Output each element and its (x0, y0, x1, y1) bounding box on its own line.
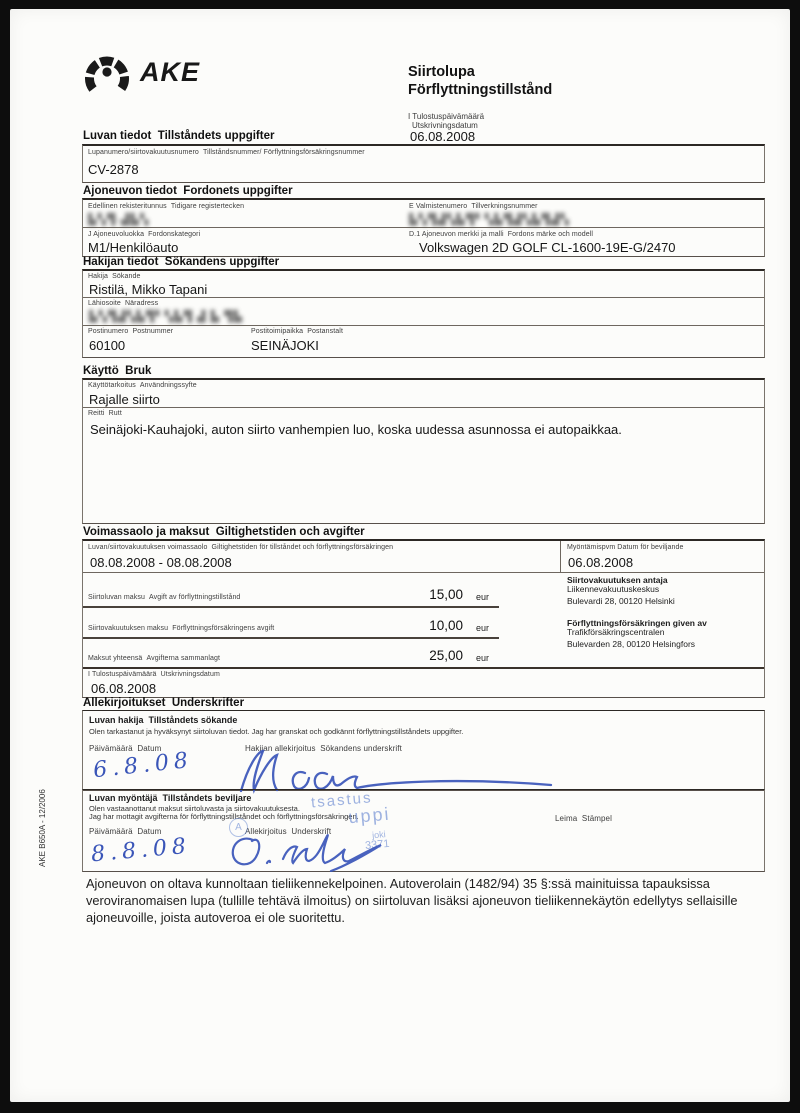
city-value: SEINÄJOKI (251, 338, 319, 353)
permit-box: Lupanumero/siirtovakuutusnumero Tillstån… (82, 144, 765, 183)
fee-row-label: Siirtovakuutuksen maksu Förflyttningsför… (88, 625, 274, 632)
scanned-document: { "header": { "logo": "AKE", "title_line… (0, 0, 800, 1113)
section-title-permit: Luvan tiedot Tillståndets uppgifter (83, 130, 274, 142)
period-value: 08.08.2008 - 08.08.2008 (90, 555, 232, 570)
route-label: Reitti Rutt (88, 410, 122, 417)
applicant-signature-ink (231, 747, 561, 795)
fee-row-currency: eur (476, 623, 489, 633)
vehicle-make-value: Volkswagen 2D GOLF CL-1600-19E-G/2470 (419, 240, 676, 255)
validity-row-divider (83, 572, 764, 573)
vin-value-redacted: ▙▚▜▟▚▙▜▘▚▙▜▟▚▙▜▟▚ (409, 213, 570, 226)
fee-row-label: Maksut yhteensä Avgifterna sammanlagt (88, 655, 220, 662)
prev-reg-value-redacted: ▙▚▜-▟▙▚ (88, 213, 149, 226)
vehicle-row-divider (83, 227, 764, 228)
permit-number-label: Lupanumero/siirtovakuutusnumero Tillstån… (88, 149, 365, 156)
applicant-row-divider2 (83, 325, 764, 326)
address-value-redacted: ▙▚▜▟▚▙▜▘▚▙▜ ▟ ▙ ▜▙ (89, 310, 243, 323)
fee-row-amount: 10,00 (393, 618, 463, 633)
granted-label: Myöntämispvm Datum för beviljande (567, 544, 684, 551)
stamp-label: Leima Stämpel (555, 814, 612, 823)
section-title-use: Käyttö Bruk (83, 365, 151, 377)
period-label: Luvan/siirtovakuutuksen voimassaolo Gilt… (88, 544, 393, 551)
fees-total-underline (83, 667, 764, 669)
insurer2-name: Trafikförsäkringscentralen (567, 627, 664, 637)
form-page: AKE Siirtolupa Förflyttningstillstånd I … (10, 9, 790, 1102)
fee-row-currency: eur (476, 592, 489, 602)
vin-label: E Valmistenumero Tillverkningsnummer (409, 203, 538, 210)
applicant-name-value: Ristilä, Mikko Tapani (89, 282, 207, 297)
validity-col-divider (560, 541, 561, 572)
section-title-signatures: Allekirjoitukset Underskrifter (83, 697, 244, 709)
doc-title-fi: Siirtolupa (408, 63, 475, 81)
applicant-name-label: Hakija Sökande (88, 273, 140, 280)
grantor-signature-box: Luvan myöntäjä Tillståndets beviljare Ol… (82, 789, 765, 872)
city-label: Postitoimipaikka Postanstalt (251, 328, 343, 335)
purpose-label: Käyttötarkoitus Användningssyfte (88, 382, 197, 389)
vehicle-class-value: M1/Henkilöauto (88, 240, 178, 255)
grantor-sig-title: Luvan myöntäjä Tillståndets beviljare (89, 793, 251, 803)
vehicle-make-label: D.1 Ajoneuvon merkki ja malli Fordons mä… (409, 231, 593, 238)
insurer-address: Bulevardi 28, 00120 Helsinki (567, 596, 675, 606)
applicant-box: Hakija Sökande Ristilä, Mikko Tapani Läh… (82, 269, 765, 358)
zip-label: Postinumero Postnummer (88, 328, 173, 335)
grantor-signature-ink (223, 826, 433, 872)
vehicle-box: Edellinen rekisteritunnus Tidigare regis… (82, 198, 765, 257)
use-box: Käyttötarkoitus Användningssyfte Rajalle… (82, 378, 765, 524)
fee-underline (83, 606, 499, 608)
applicant-sig-title: Luvan hakija Tillståndets sökande (89, 715, 237, 725)
doc-title-sv: Förflyttningstillstånd (408, 81, 552, 99)
validity-print-date-label: I Tulostuspäivämäärä Utskrivningsdatum (88, 671, 220, 678)
handwritten-date-grantor: 8.8.08 (90, 834, 192, 868)
vehicle-class-label: J Ajoneuvoluokka Fordonskategori (88, 231, 200, 238)
footer-note: Ajoneuvon on oltava kunnoltaan tieliiken… (86, 875, 758, 926)
fee-row-label: Siirtoluvan maksu Avgift av förflyttning… (88, 594, 240, 601)
fee-row-amount: 25,00 (393, 648, 463, 663)
route-value: Seinäjoki-Kauhajoki, auton siirto vanhem… (90, 422, 750, 437)
validity-print-date-value: 06.08.2008 (91, 681, 156, 696)
purpose-value: Rajalle siirto (89, 392, 160, 407)
brand-text: AKE (140, 57, 200, 88)
validity-box: Luvan/siirtovakuutuksen voimassaolo Gilt… (82, 539, 765, 698)
fee-underline (83, 637, 499, 639)
fee-row-amount: 15,00 (393, 587, 463, 602)
handwritten-date-applicant: 6.8.08 (92, 748, 194, 783)
section-title-applicant: Hakijan tiedot Sökandens uppgifter (83, 256, 279, 268)
applicant-sig-statement: Olen tarkastanut ja hyväksynyt siirtoluv… (89, 727, 463, 736)
print-date-label-fi: I Tulostuspäivämäärä (408, 112, 484, 121)
section-title-vehicle: Ajoneuvon tiedot Fordonets uppgifter (83, 185, 293, 197)
prev-reg-label: Edellinen rekisteritunnus Tidigare regis… (88, 203, 244, 210)
form-code: AKE B650A - 12/2006 (38, 789, 47, 867)
fee-row-currency: eur (476, 653, 489, 663)
applicant-row-divider (83, 297, 764, 298)
insurer-name: Liikennevakuutuskeskus (567, 584, 659, 594)
permit-number-value: CV-2878 (88, 162, 139, 177)
use-row-divider (83, 407, 764, 408)
section-title-validity: Voimassaolo ja maksut Giltighetstiden oc… (83, 526, 365, 538)
applicant-signature-box: Luvan hakija Tillståndets sökande Olen t… (82, 710, 765, 791)
print-date-value: 06.08.2008 (410, 129, 475, 144)
zip-value: 60100 (89, 338, 125, 353)
ake-logo-icon (78, 47, 136, 97)
address-label: Lähiosoite Näradress (88, 300, 158, 307)
granted-value: 06.08.2008 (568, 555, 633, 570)
stamp-line: uppi (348, 804, 392, 826)
insurer2-address: Bulevarden 28, 00120 Helsingfors (567, 639, 695, 649)
grantor-date-label: Päivämäärä Datum (89, 827, 161, 836)
